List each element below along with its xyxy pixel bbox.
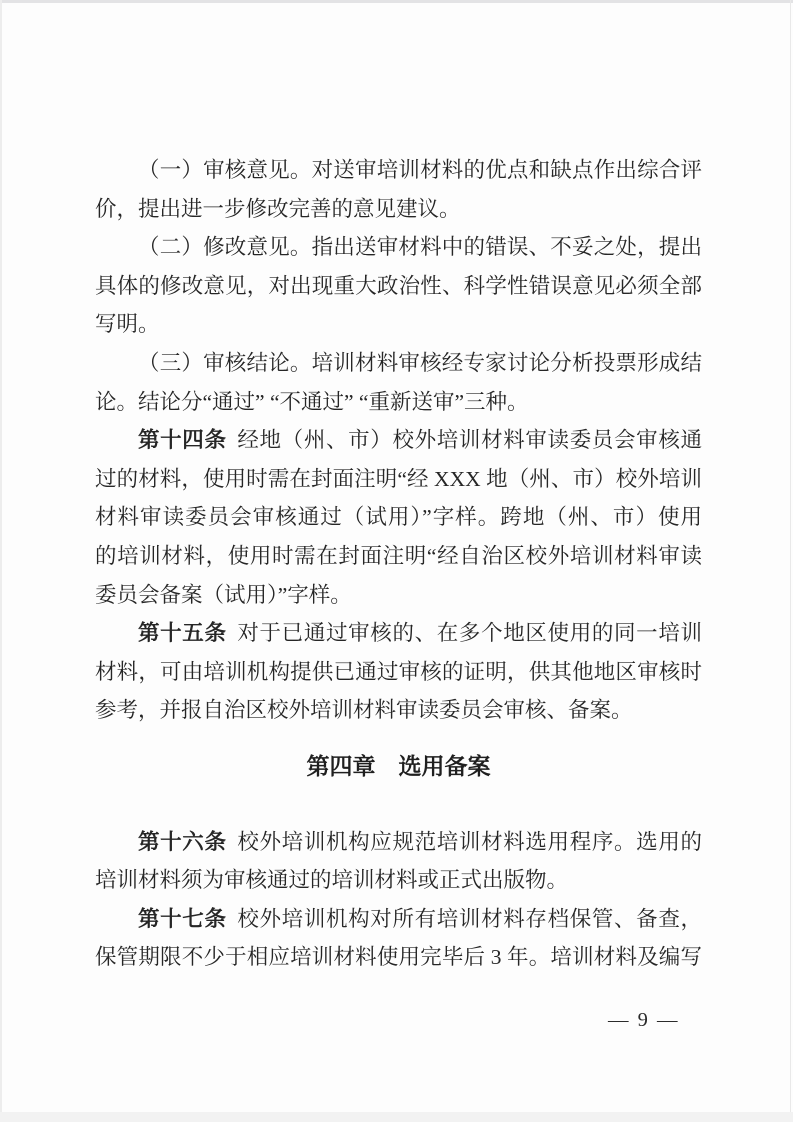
scan-edge-top bbox=[0, 0, 793, 3]
text-line: 第十六条校外培训机构应规范培训材料选用程序。选用的 bbox=[95, 823, 702, 862]
text-line: 写明。 bbox=[95, 305, 702, 344]
text-line: 材料，可由培训机构提供已通过审核的证明，供其他地区审核时 bbox=[95, 653, 702, 692]
chapter-heading: 第四章 选用备案 bbox=[95, 747, 702, 786]
scan-edge-bottom bbox=[0, 1112, 793, 1122]
text-line: 第十五条对于已通过审核的、在多个地区使用的同一培训 bbox=[95, 614, 702, 653]
page-number: — 9 — bbox=[608, 1006, 680, 1034]
scan-edge-right bbox=[790, 0, 791, 1122]
text-line: 价，提出进一步修改完善的意见建议。 bbox=[95, 190, 702, 229]
text-line: 保管期限不少于相应培训材料使用完毕后 3 年。培训材料及编写 bbox=[95, 938, 702, 977]
article-number: 第十五条 bbox=[138, 621, 227, 645]
scan-edge-left bbox=[0, 0, 2, 1122]
text-line: 参考，并报自治区校外培训材料审读委员会审核、备案。 bbox=[95, 691, 702, 730]
article-number: 第十七条 bbox=[138, 907, 227, 931]
document-page: （一）审核意见。对送审培训材料的优点和缺点作出综合评 价，提出进一步修改完善的意… bbox=[0, 0, 793, 1122]
text-line: （一）审核意见。对送审培训材料的优点和缺点作出综合评 bbox=[95, 151, 702, 190]
text-line: 的培训材料，使用时需在封面注明“经自治区校外培训材料审读 bbox=[95, 537, 702, 576]
text-line: 过的材料，使用时需在封面注明“经 XXX 地（州、市）校外培训 bbox=[95, 460, 702, 499]
text-line: 具体的修改意见，对出现重大政治性、科学性错误意见必须全部 bbox=[95, 267, 702, 306]
text-line: （二）修改意见。指出送审材料中的错误、不妥之处，提出 bbox=[95, 228, 702, 267]
article-number: 第十六条 bbox=[138, 830, 227, 854]
text-line: 材料审读委员会审核通过（试用）”字样。跨地（州、市）使用 bbox=[95, 498, 702, 537]
document-text-block-2: 第十六条校外培训机构应规范培训材料选用程序。选用的 培训材料须为审核通过的培训材… bbox=[95, 823, 702, 977]
text-line: 论。结论分“通过” “不通过” “重新送审”三种。 bbox=[95, 383, 702, 422]
text-line: （三）审核结论。培训材料审核经专家讨论分析投票形成结 bbox=[95, 344, 702, 383]
document-text-block: （一）审核意见。对送审培训材料的优点和缺点作出综合评 价，提出进一步修改完善的意… bbox=[95, 151, 702, 977]
text-line: 第十七条校外培训机构对所有培训材料存档保管、备查， bbox=[95, 900, 702, 939]
article-number: 第十四条 bbox=[138, 428, 227, 452]
text-line: 培训材料须为审核通过的培训材料或正式出版物。 bbox=[95, 861, 702, 900]
text-line: 第十四条经地（州、市）校外培训材料审读委员会审核通 bbox=[95, 421, 702, 460]
text-line: 委员会备案（试用）”字样。 bbox=[95, 576, 702, 615]
